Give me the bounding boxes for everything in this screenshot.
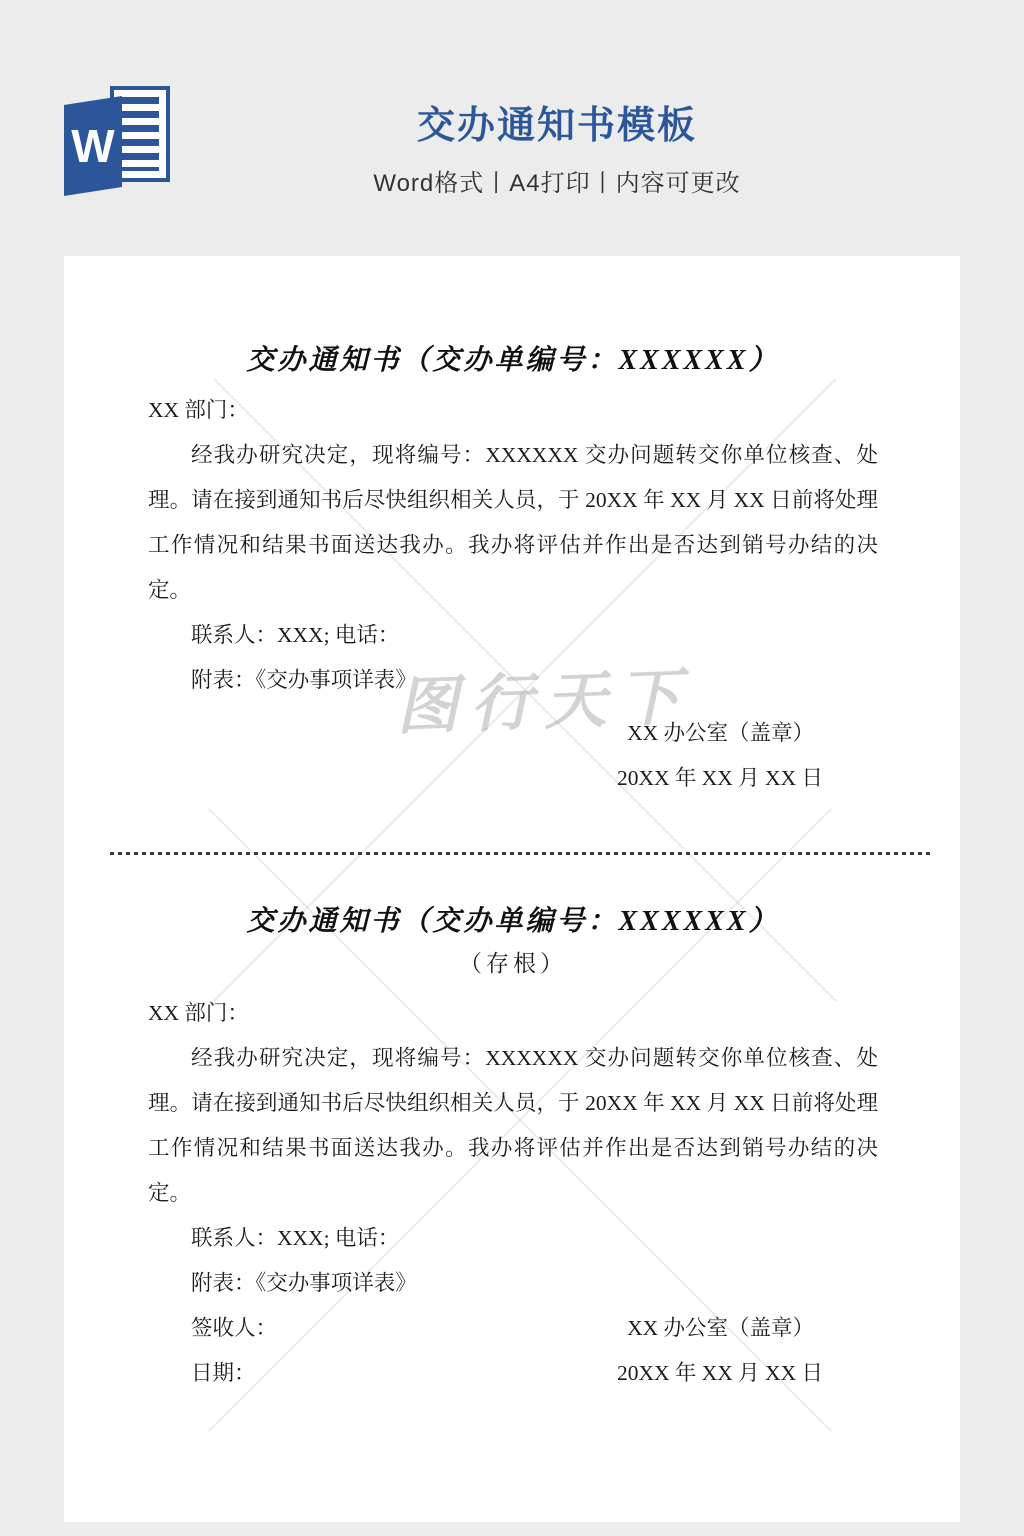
- receiver-row: 签收人： XX 办公室（盖章）: [148, 1306, 878, 1351]
- page-title: 交办通知书模板: [90, 94, 1024, 149]
- date-row: 日期： 20XX 年 XX 月 XX 日: [148, 1351, 878, 1396]
- stub-section: 交办通知书（交办单编号：XXXXXX） （存根） XX 部门： 经我办研究决定，…: [148, 905, 878, 1396]
- section-title: 交办通知书（交办单编号：XXXXXX）: [148, 344, 878, 378]
- contact-line: 联系人：XXX; 电话：: [148, 613, 878, 658]
- dashed-separator: [110, 852, 930, 855]
- body-paragraph: 经我办研究决定，现将编号：XXXXXX 交办问题转交你单位核查、处理。请在接到通…: [148, 1036, 878, 1216]
- office-signature: XX 办公室（盖章）: [148, 711, 878, 756]
- attachment-line: 附表：《交办事项详表》: [148, 658, 878, 703]
- receiver-label: 签收人：: [148, 1306, 277, 1351]
- header-text: 交办通知书模板 Word格式丨A4打印丨内容可更改: [90, 94, 1024, 198]
- date-signature: 20XX 年 XX 月 XX 日: [148, 756, 878, 801]
- salutation: XX 部门：: [148, 388, 878, 433]
- date-signature: 20XX 年 XX 月 XX 日: [617, 1351, 878, 1396]
- body-paragraph: 经我办研究决定，现将编号：XXXXXX 交办问题转交你单位核查、处理。请在接到通…: [148, 433, 878, 613]
- date-label: 日期：: [148, 1351, 256, 1396]
- attachment-line: 附表：《交办事项详表》: [148, 1261, 878, 1306]
- salutation: XX 部门：: [148, 991, 878, 1036]
- notice-section: 交办通知书（交办单编号：XXXXXX） XX 部门： 经我办研究决定，现将编号：…: [148, 344, 878, 801]
- document-page: 图行天下 交办通知书（交办单编号：XXXXXX） XX 部门： 经我办研究决定，…: [64, 256, 960, 1522]
- stub-label: （存根）: [148, 945, 878, 983]
- contact-line: 联系人：XXX; 电话：: [148, 1216, 878, 1261]
- header: W 交办通知书模板 Word格式丨A4打印丨内容可更改: [0, 0, 1024, 256]
- document-content: 交办通知书（交办单编号：XXXXXX） XX 部门： 经我办研究决定，现将编号：…: [64, 256, 960, 1396]
- office-signature: XX 办公室（盖章）: [627, 1306, 878, 1351]
- page-subtitle: Word格式丨A4打印丨内容可更改: [90, 163, 1024, 198]
- section-title: 交办通知书（交办单编号：XXXXXX）: [148, 905, 878, 939]
